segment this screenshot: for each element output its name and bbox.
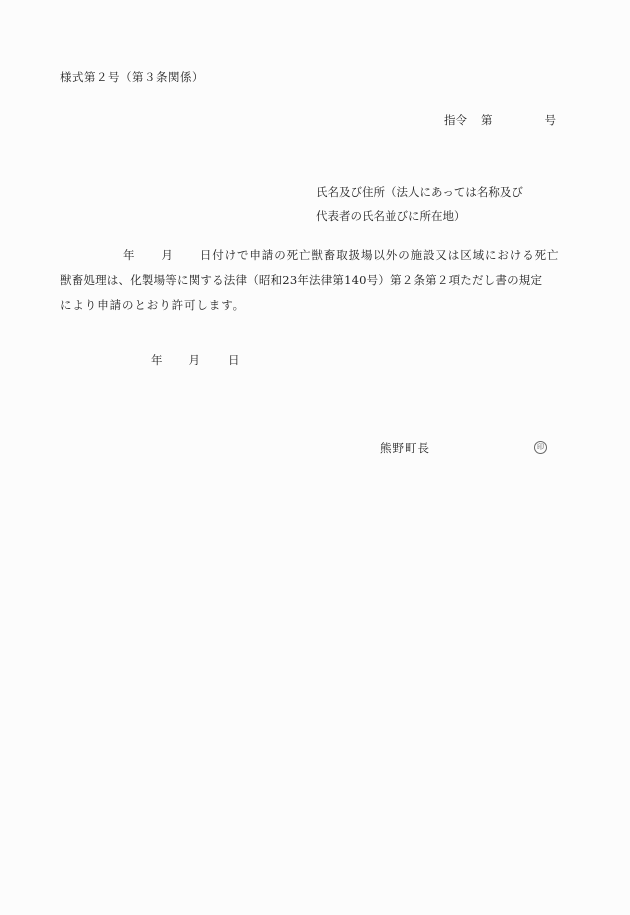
applicant-block: 氏名及び住所（法人にあっては名称及び 代表者の氏名並びに所在地） <box>316 180 523 228</box>
directive-number: 指令第号 <box>444 115 556 127</box>
date-month: 月 <box>189 355 201 367</box>
body-line-3: により申請のとおり許可します。 <box>60 293 580 318</box>
body-line-2: 獣畜処理は、化製場等に関する法律（昭和23年法律第140号）第２条第２項ただし書… <box>60 268 580 293</box>
issuer-title: 熊野町長 <box>380 443 430 455</box>
directive-label: 指令 <box>444 115 467 127</box>
issue-date: 年月日 <box>151 355 240 367</box>
seal-icon: 印 <box>534 441 547 454</box>
directive-go: 号 <box>545 115 557 127</box>
permission-body: 年月日付けで申請の死亡獣畜取扱場以外の施設又は区域における死亡 獣畜処理は、化製… <box>60 243 580 318</box>
applicant-line-1: 氏名及び住所（法人にあっては名称及び <box>316 180 523 204</box>
body-month: 月 <box>161 248 173 262</box>
form-number: 様式第２号（第３条関係） <box>60 72 204 84</box>
date-day: 日 <box>228 355 240 367</box>
body-line-1-rest: 日付けで申請の死亡獣畜取扱場以外の施設又は区域における死亡 <box>200 248 560 262</box>
body-line-1: 年月日付けで申請の死亡獣畜取扱場以外の施設又は区域における死亡 <box>60 243 580 268</box>
body-year: 年 <box>123 248 135 262</box>
directive-dai: 第 <box>481 115 493 127</box>
applicant-line-2: 代表者の氏名並びに所在地） <box>316 204 523 228</box>
date-year: 年 <box>151 355 163 367</box>
